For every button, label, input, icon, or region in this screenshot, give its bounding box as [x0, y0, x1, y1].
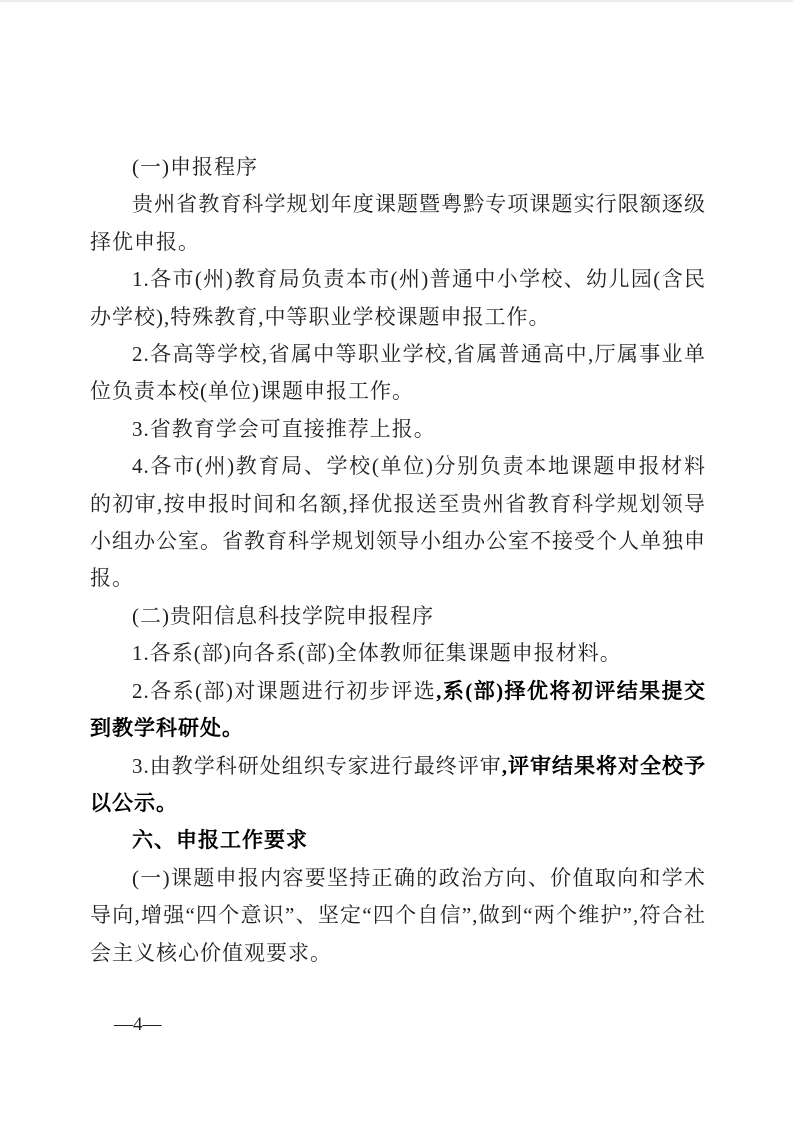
- para-college-item-3: 3.由教学科研处组织专家进行最终评审,评审结果将对全校予以公示。: [90, 748, 706, 823]
- text-run: 3.由教学科研处组织专家进行最终评审: [132, 754, 502, 778]
- para-college-item-2: 2.各系(部)对课题进行初步评选,系(部)择优将初评结果提交到教学科研处。: [90, 673, 706, 748]
- heading-section-6: 六、申报工作要求: [90, 822, 706, 859]
- para-overview: 贵州省教育科学规划年度课题暨粤黔专项课题实行限额逐级择优申报。: [90, 186, 706, 261]
- text-run: (一)课题申报内容要坚持正确的政治方向、价值取向和学术导向,增强“四个意识”、坚…: [90, 866, 706, 965]
- para-requirement-1: (一)课题申报内容要坚持正确的政治方向、价值取向和学术导向,增强“四个意识”、坚…: [90, 860, 706, 972]
- para-item-3: 3.省教育学会可直接推荐上报。: [90, 411, 706, 448]
- para-college-item-1: 1.各系(部)向各系(部)全体教师征集课题申报材料。: [90, 635, 706, 672]
- text-run: 六、申报工作要求: [132, 829, 308, 852]
- text-run: 贵州省教育科学规划年度课题暨粤黔专项课题实行限额逐级择优申报。: [90, 192, 706, 253]
- text-run: 4.各市(州)教育局、学校(单位)分别负责本地课题申报材料的初审,按申报时间和名…: [90, 454, 706, 590]
- document-body: (一)申报程序 贵州省教育科学规划年度课题暨粤黔专项课题实行限额逐级择优申报。 …: [90, 149, 706, 972]
- text-run: 2.各系(部)对课题进行初步评选: [132, 679, 436, 703]
- text-run: 1.各市(州)教育局负责本市(州)普通中小学校、幼儿园(含民办学校),特殊教育,…: [90, 267, 706, 328]
- page-number: —4—: [114, 1013, 162, 1037]
- text-run: 3.省教育学会可直接推荐上报。: [132, 417, 436, 441]
- document-page: (一)申报程序 贵州省教育科学规划年度课题暨粤黔专项课题实行限额逐级择优申报。 …: [0, 0, 793, 1122]
- text-run: 2.各高等学校,省属中等职业学校,省属普通高中,厅属事业单位负责本校(单位)课题…: [90, 342, 706, 403]
- para-item-4: 4.各市(州)教育局、学校(单位)分别负责本地课题申报材料的初审,按申报时间和名…: [90, 448, 706, 598]
- text-run: (二)贵阳信息科技学院申报程序: [132, 604, 434, 628]
- page-number-label: —4—: [114, 1014, 162, 1035]
- para-item-2: 2.各高等学校,省属中等职业学校,省属普通高中,厅属事业单位负责本校(单位)课题…: [90, 336, 706, 411]
- text-run: (一)申报程序: [132, 155, 258, 179]
- text-run: 1.各系(部)向各系(部)全体教师征集课题申报材料。: [132, 641, 622, 665]
- para-item-1: 1.各市(州)教育局负责本市(州)普通中小学校、幼儿园(含民办学校),特殊教育,…: [90, 261, 706, 336]
- subheading-application-procedure: (一)申报程序: [90, 149, 706, 186]
- subheading-college-procedure: (二)贵阳信息科技学院申报程序: [90, 598, 706, 635]
